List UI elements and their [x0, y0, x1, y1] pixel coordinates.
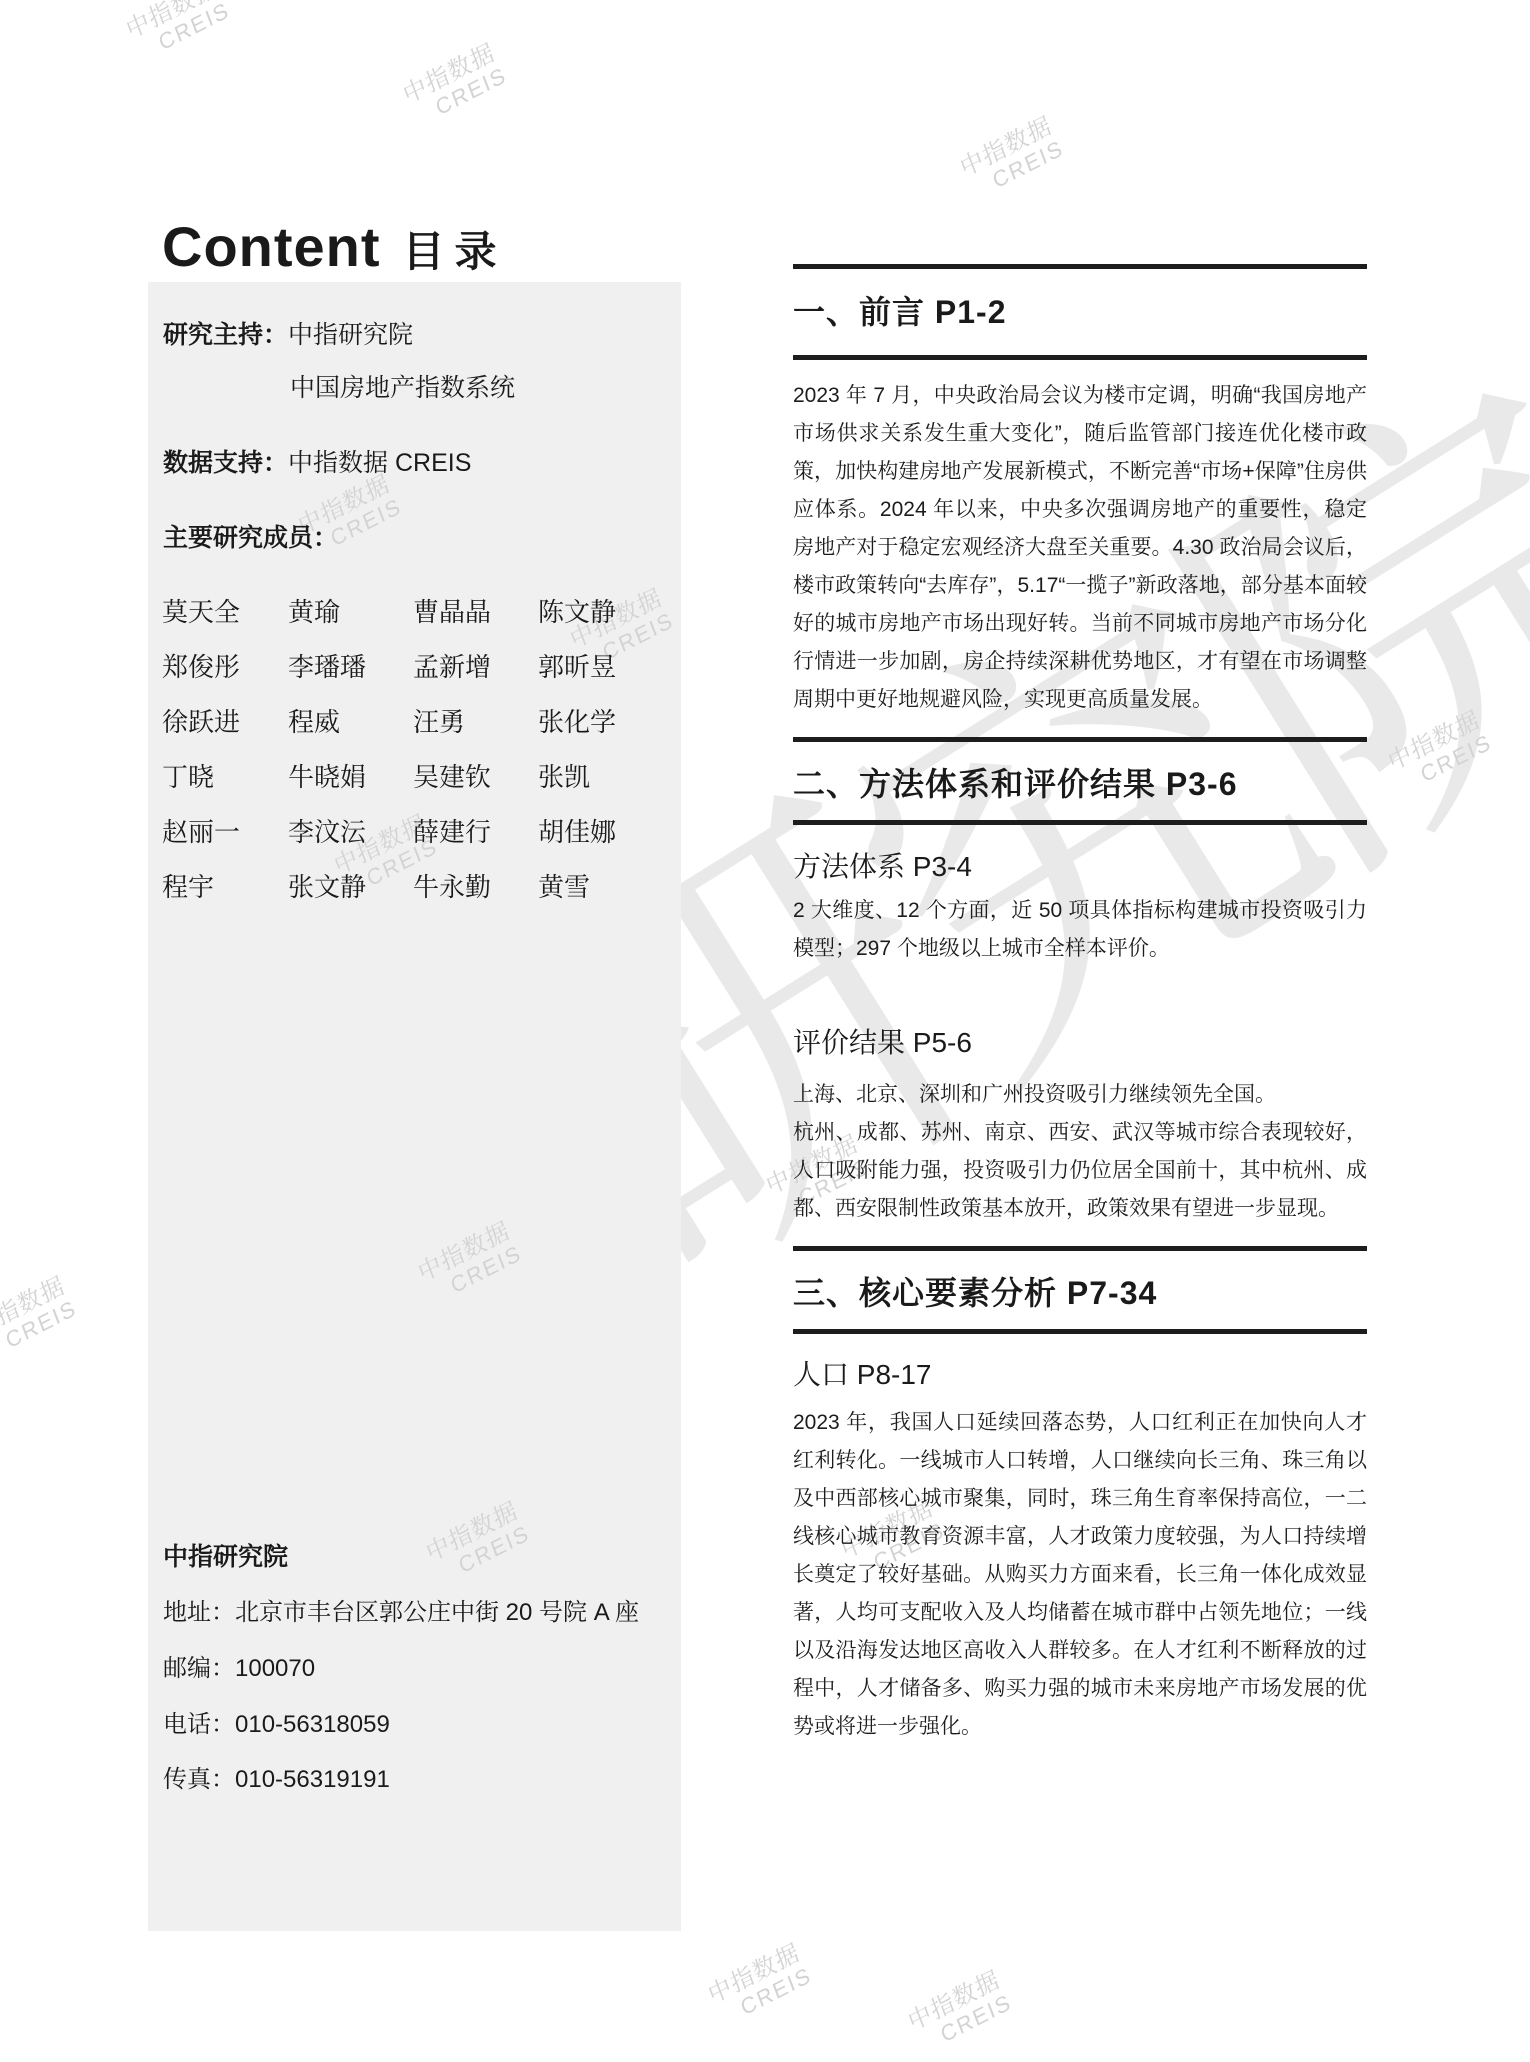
member-name: 胡佳娜 — [538, 812, 616, 849]
member-name: 李汶沄 — [288, 812, 366, 849]
members-label: 主要研究成员： — [163, 518, 338, 554]
member-name: 陈文静 — [538, 592, 616, 629]
toc-sub-methodology-text: 2 大维度、12 个方面，近 50 项具体指标构建城市投资吸引力模型；297 个… — [793, 892, 1367, 968]
toc-sub-population-text: 2023 年，我国人口延续回落态势，人口红利正在加快向人才红利转化。一线城市人口… — [793, 1404, 1367, 1746]
data-support-row: 数据支持：中指数据 CREIS — [163, 443, 471, 479]
toc-section-3-heading: 三、核心要素分析 P7-34 — [793, 1268, 1157, 1314]
toc-section-2-heading: 二、方法体系和评价结果 P3-6 — [793, 759, 1238, 805]
member-name: 吴建钦 — [413, 757, 491, 794]
divider — [793, 737, 1367, 742]
watermark-line1: 中指数据 — [123, 0, 224, 44]
research-lead-row: 研究主持：中指研究院 — [163, 315, 413, 351]
member-name: 程宇 — [162, 867, 214, 904]
watermark-line2: CREIS — [3, 1296, 80, 1353]
toc-sub-results-text1: 上海、北京、深圳和广州投资吸引力继续领先全国。 — [793, 1076, 1367, 1114]
data-support-value: 中指数据 CREIS — [288, 449, 471, 477]
divider — [793, 355, 1367, 360]
watermark-line1: 中指数据 — [0, 1271, 71, 1342]
phone-line: 电话：010-56318059 — [163, 1704, 390, 1739]
member-name: 张凯 — [538, 757, 590, 794]
member-name: 莫天全 — [162, 592, 240, 629]
member-name: 孟新增 — [413, 647, 491, 684]
address-line: 地址：北京市丰台区郭公庄中街 20 号院 A 座 — [163, 1592, 639, 1627]
toc-page: 研究院 中指数据CREIS 中指数据CREIS 中指数据CREIS 中指数据CR… — [0, 0, 1530, 2062]
research-lead-value: 中指研究院 — [288, 321, 413, 349]
member-name: 曹晶晶 — [413, 592, 491, 629]
watermark: 中指数据CREIS — [957, 111, 1067, 204]
members-label-text: 主要研究成员： — [163, 524, 338, 552]
divider — [793, 1329, 1367, 1334]
member-name: 徐跃进 — [162, 702, 240, 739]
divider — [793, 1246, 1367, 1251]
data-support-label: 数据支持： — [163, 449, 288, 477]
watermark: 中指数据CREIS — [400, 38, 510, 131]
org-name: 中指研究院 — [163, 1537, 288, 1573]
member-name: 郑俊彤 — [162, 647, 240, 684]
toc-sub-methodology-heading: 方法体系 P3-4 — [793, 845, 972, 885]
member-name: 程威 — [288, 702, 340, 739]
member-name: 黄雪 — [538, 867, 590, 904]
research-lead-value2: 中国房地产指数系统 — [290, 368, 515, 404]
watermark-line2: CREIS — [433, 63, 510, 120]
member-name: 薛建行 — [413, 812, 491, 849]
info-panel-content: 研究主持：中指研究院 中国房地产指数系统 数据支持：中指数据 CREIS 主要研… — [148, 282, 681, 1931]
toc-section-1-paragraph: 2023 年 7 月，中央政治局会议为楼市定调，明确“我国房地产市场供求关系发生… — [793, 377, 1367, 719]
member-name: 黄瑜 — [288, 592, 340, 629]
member-name: 牛晓娟 — [288, 757, 366, 794]
page-title: Content 目录 — [162, 214, 507, 279]
divider — [793, 820, 1367, 825]
toc-sub-results-text2: 杭州、成都、苏州、南京、西安、武汉等城市综合表现较好，人口吸附能力强，投资吸引力… — [793, 1114, 1367, 1228]
toc-sub-results-heading: 评价结果 P5-6 — [793, 1021, 972, 1061]
watermark: 中指数据CREIS — [705, 1938, 815, 2031]
toc-sub-population-heading: 人口 P8-17 — [793, 1353, 932, 1393]
watermark-line2: CREIS — [156, 0, 233, 55]
page-title-zh: 目录 — [403, 219, 507, 279]
member-name: 汪勇 — [413, 702, 465, 739]
member-name: 牛永勤 — [413, 867, 491, 904]
member-name: 张化学 — [538, 702, 616, 739]
watermark: 中指数据CREIS — [905, 1965, 1015, 2058]
member-name: 赵丽一 — [162, 812, 240, 849]
toc-section-1-heading: 一、前言 P1-2 — [793, 287, 1007, 333]
divider — [793, 264, 1367, 269]
watermark: 中指数据CREIS — [0, 1271, 80, 1364]
watermark-line2: CREIS — [990, 136, 1067, 193]
watermark-line1: 中指数据 — [957, 111, 1058, 182]
watermark-line2: CREIS — [738, 1963, 815, 2020]
watermark-line2: CREIS — [938, 1990, 1015, 2047]
watermark: 中指数据CREIS — [123, 0, 233, 67]
research-lead-label: 研究主持： — [163, 321, 288, 349]
member-name: 丁晓 — [162, 757, 214, 794]
fax-line: 传真：010-56319191 — [163, 1759, 390, 1794]
member-name: 李璠璠 — [288, 647, 366, 684]
member-name: 张文静 — [288, 867, 366, 904]
watermark-line1: 中指数据 — [705, 1938, 806, 2009]
watermark-line1: 中指数据 — [400, 38, 501, 109]
member-name: 郭昕昱 — [538, 647, 616, 684]
postcode-line: 邮编：100070 — [163, 1648, 315, 1683]
org-name-text: 中指研究院 — [163, 1543, 288, 1571]
page-title-en: Content — [162, 214, 381, 279]
watermark-line1: 中指数据 — [905, 1965, 1006, 2036]
